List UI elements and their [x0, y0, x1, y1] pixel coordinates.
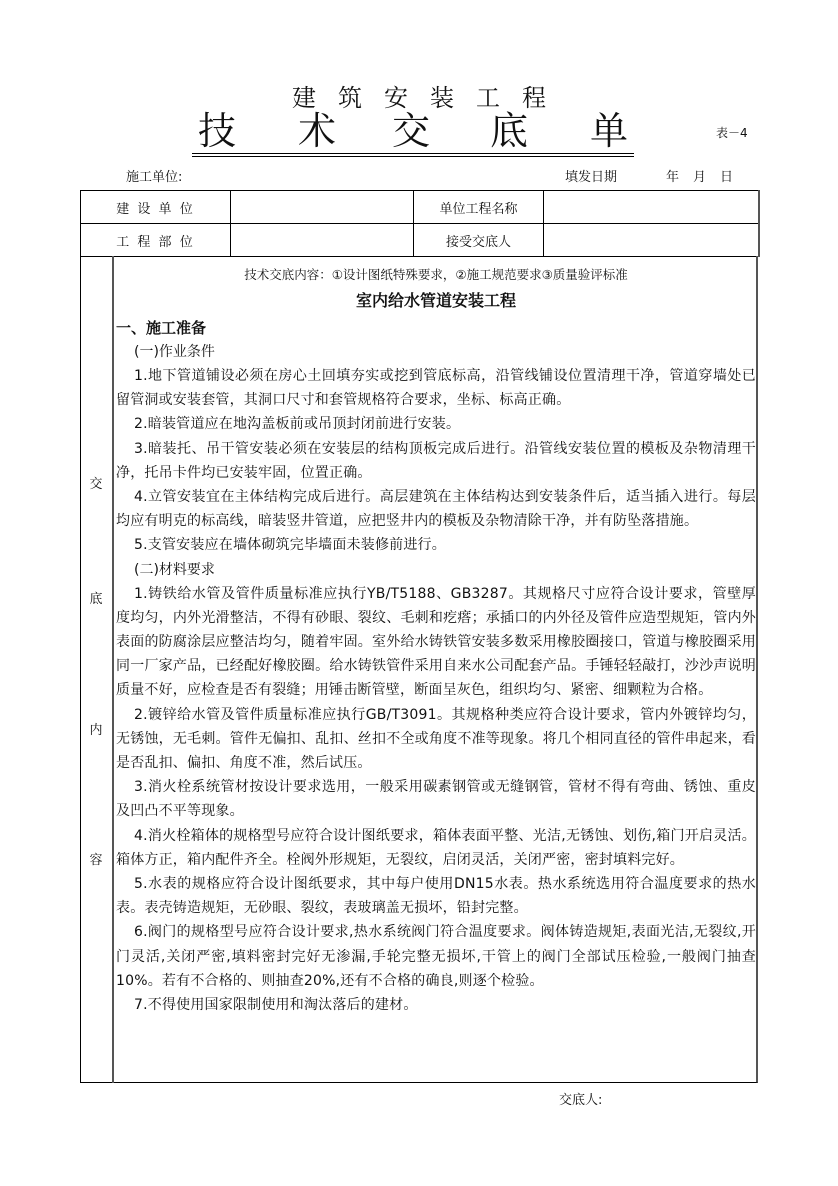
month-label: 月 [693, 166, 706, 185]
condition-item: 4.立管安装宜在主体结构完成后进行。高层建筑在主体结构达到安装条件后，适当插入进… [116, 485, 756, 533]
material-item: 2.镀锌给水管及管件质量标准应执行GB/T3091。其规格种类应符合设计要求，管… [116, 703, 756, 776]
title-char: 交 [392, 108, 430, 154]
side-label-char: 底 [80, 588, 112, 607]
year-label: 年 [666, 166, 679, 185]
material-item: 3.消火栓系统管材按设计要求选用，一般采用碳素钢管或无缝钢管，管材不得有弯曲、锈… [116, 775, 756, 823]
signer-label: 交底人: [559, 1089, 602, 1108]
subsection-heading: (二)材料要求 [116, 558, 756, 582]
table-row: 工 程 部 位 接受交底人 [81, 224, 760, 257]
condition-item: 1.地下管道铺设必须在房心土回填夯实或挖到管底标高，沿管线铺设位置清理干净，管道… [116, 364, 756, 412]
condition-item: 2.暗装管道应在地沟盖板前或吊顶封闭前进行安装。 [116, 412, 756, 436]
construction-company-label: 建 设 单 位 [81, 191, 231, 224]
construction-unit-label: 施工单位: [126, 166, 182, 185]
recipient-field[interactable] [544, 224, 760, 257]
disclosure-content: 技术交底内容：①设计图纸特殊要求，②施工规范要求③质量验评标准 室内给水管道安装… [116, 256, 756, 1017]
issue-date-label: 填发日期 [565, 166, 617, 185]
side-label-char: 交 [80, 473, 112, 492]
side-label-char: 内 [80, 719, 112, 738]
construction-company-field[interactable] [231, 191, 414, 224]
project-name-field[interactable] [544, 191, 760, 224]
material-item: 5.水表的规格应符合设计图纸要求，其中每户使用DN15水表。热水系统选用符合温度… [116, 872, 756, 920]
material-item: 7.不得使用国家限制使用和淘汰落后的建材。 [116, 993, 756, 1017]
document-title: 室内给水管道安装工程 [116, 286, 756, 316]
subsection-heading: (一)作业条件 [116, 340, 756, 364]
title-char: 单 [590, 108, 628, 154]
project-name-label: 单位工程名称 [414, 191, 544, 224]
project-part-label: 工 程 部 位 [81, 224, 231, 257]
material-item: 1.铸铁给水管及管件质量标准应执行YB/T5188、GB3287。其规格尺寸应符… [116, 582, 756, 703]
recipient-label: 接受交底人 [414, 224, 544, 257]
info-table: 建 设 单 位 单位工程名称 工 程 部 位 接受交底人 [80, 190, 760, 257]
section-heading: 一、施工准备 [116, 316, 756, 340]
day-label: 日 [720, 166, 733, 185]
title-char: 术 [298, 108, 336, 154]
title-double-underline [192, 153, 634, 157]
side-label-char: 容 [80, 849, 112, 868]
material-item: 4.消火栓箱体的规格型号应符合设计图纸要求，箱体表面平整、光洁,无锈蚀、划伤,箱… [116, 824, 756, 872]
form-title: 技 术 交 底 单 [192, 108, 634, 154]
condition-item: 3.暗装托、吊干管安装必须在安装层的结构顶板完成后进行。沿管线安装位置的模板及杂… [116, 437, 756, 485]
table-row: 建 设 单 位 单位工程名称 [81, 191, 760, 224]
condition-item: 5.支管安装应在墙体砌筑完毕墙面未装修前进行。 [116, 533, 756, 557]
title-char: 底 [490, 108, 528, 154]
content-intro: 技术交底内容：①设计图纸特殊要求，②施工规范要求③质量验评标准 [116, 264, 756, 286]
form-number: 表－4 [716, 124, 748, 141]
title-char: 技 [198, 108, 236, 154]
material-item: 6.阀门的规格型号应符合设计要求,热水系统阀门符合温度要求。阀体铸造规矩,表面光… [116, 920, 756, 993]
side-label-column: 交 底 内 容 [80, 256, 114, 1083]
project-part-field[interactable] [231, 224, 414, 257]
